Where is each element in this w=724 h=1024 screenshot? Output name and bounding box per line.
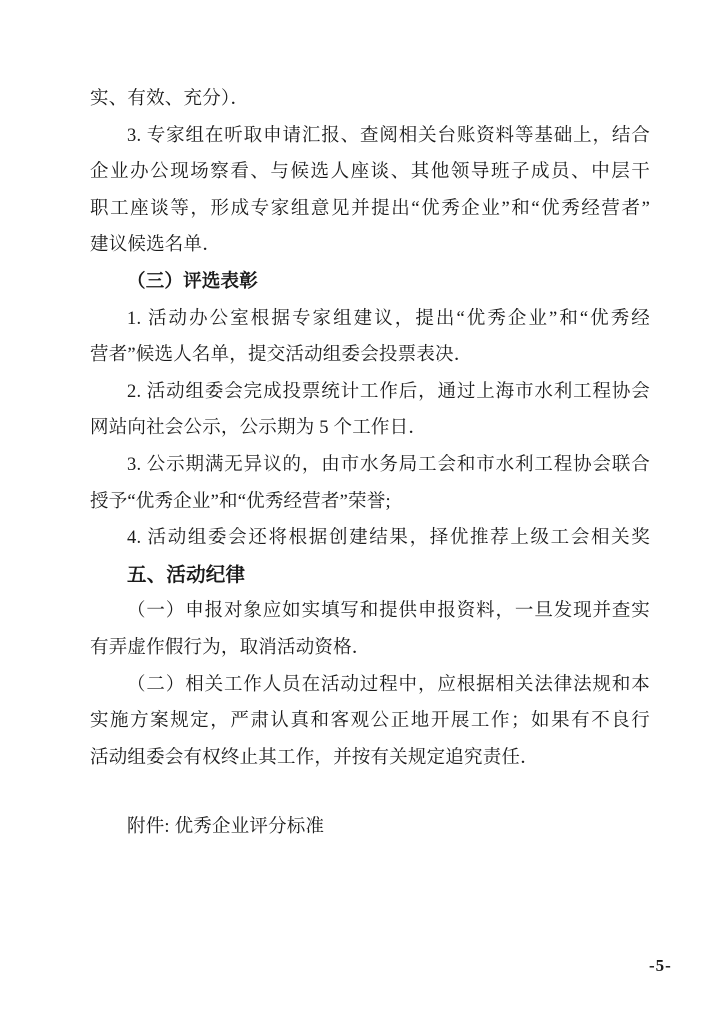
paragraph-candidate-list: 1. 活动办公室根据专家组建议，提出“优秀企业”和“优秀经 营者”候选人名单，提… <box>90 301 650 374</box>
text-line: 活动组委会有权终止其工作，并按有关规定追究责任． <box>90 740 650 777</box>
attachment-text: 附件: 优秀企业评分标准 <box>90 809 650 846</box>
text-line: 3. 公示期满无异议的，由市水务局工会和市水利工程协会联合 <box>90 447 650 484</box>
text-line: 2. 活动组委会完成投票统计工作后，通过上海市水利工程协会 <box>90 374 650 411</box>
paragraph-honor-award: 3. 公示期满无异议的，由市水务局工会和市水利工程协会联合 授予“优秀企业”和“… <box>90 447 650 520</box>
heading-text: 五、活动纪律 <box>90 557 650 594</box>
document-body: 实、有效、充分）． 3. 专家组在听取申请汇报、查阅相关台账资料等基础上，结合 … <box>90 81 650 846</box>
page-number: -5- <box>649 956 672 976</box>
text-line: 4. 活动组委会还将根据创建结果，择优推荐上级工会相关奖项． <box>90 520 650 557</box>
attachment-reference: 附件: 优秀企业评分标准 <box>90 809 650 846</box>
paragraph-carryover: 实、有效、充分）． <box>90 81 650 118</box>
text-line: 营者”候选人名单，提交活动组委会投票表决． <box>90 337 650 374</box>
paragraph-truthful-declaration: （一）申报对象应如实填写和提供申报资料，一旦发现并查实 有弄虚作假行为，取消活动… <box>90 593 650 666</box>
paragraph-public-notice: 2. 活动组委会完成投票统计工作后，通过上海市水利工程协会 网站向社会公示，公示… <box>90 374 650 447</box>
text-line: 网站向社会公示，公示期为 5 个工作日． <box>90 410 650 447</box>
text-line: （一）申报对象应如实填写和提供申报资料，一旦发现并查实 <box>90 593 650 630</box>
heading-activity-discipline: 五、活动纪律 <box>90 557 650 594</box>
paragraph-expert-group: 3. 专家组在听取申请汇报、查阅相关台账资料等基础上，结合 企业办公现场察看、与… <box>90 118 650 264</box>
text-line: 建议候选名单． <box>90 227 650 264</box>
text-line: （二）相关工作人员在活动过程中，应根据相关法律法规和本 <box>90 667 650 704</box>
paragraph-staff-conduct: （二）相关工作人员在活动过程中，应根据相关法律法规和本 实施方案规定，严肃认真和… <box>90 667 650 777</box>
subheading-text: （三）评选表彰 <box>90 264 650 301</box>
text-line: 职工座谈等，形成专家组意见并提出“优秀企业”和“优秀经营者” <box>90 191 650 228</box>
text-line: 实施方案规定，严肃认真和客观公正地开展工作；如果有不良行为， <box>90 703 650 740</box>
document-page: 实、有效、充分）． 3. 专家组在听取申请汇报、查阅相关台账资料等基础上，结合 … <box>0 0 724 1024</box>
text-line: 授予“优秀企业”和“优秀经营者”荣誉; <box>90 484 650 521</box>
subheading-evaluation-commendation: （三）评选表彰 <box>90 264 650 301</box>
text-line: 实、有效、充分）． <box>90 81 650 118</box>
text-line: 1. 活动办公室根据专家组建议，提出“优秀企业”和“优秀经 <box>90 301 650 338</box>
text-line: 3. 专家组在听取申请汇报、查阅相关台账资料等基础上，结合 <box>90 118 650 155</box>
text-line: 有弄虚作假行为，取消活动资格． <box>90 630 650 667</box>
paragraph-recommendation: 4. 活动组委会还将根据创建结果，择优推荐上级工会相关奖项． <box>90 520 650 557</box>
text-line: 企业办公现场察看、与候选人座谈、其他领导班子成员、中层干部、 <box>90 154 650 191</box>
